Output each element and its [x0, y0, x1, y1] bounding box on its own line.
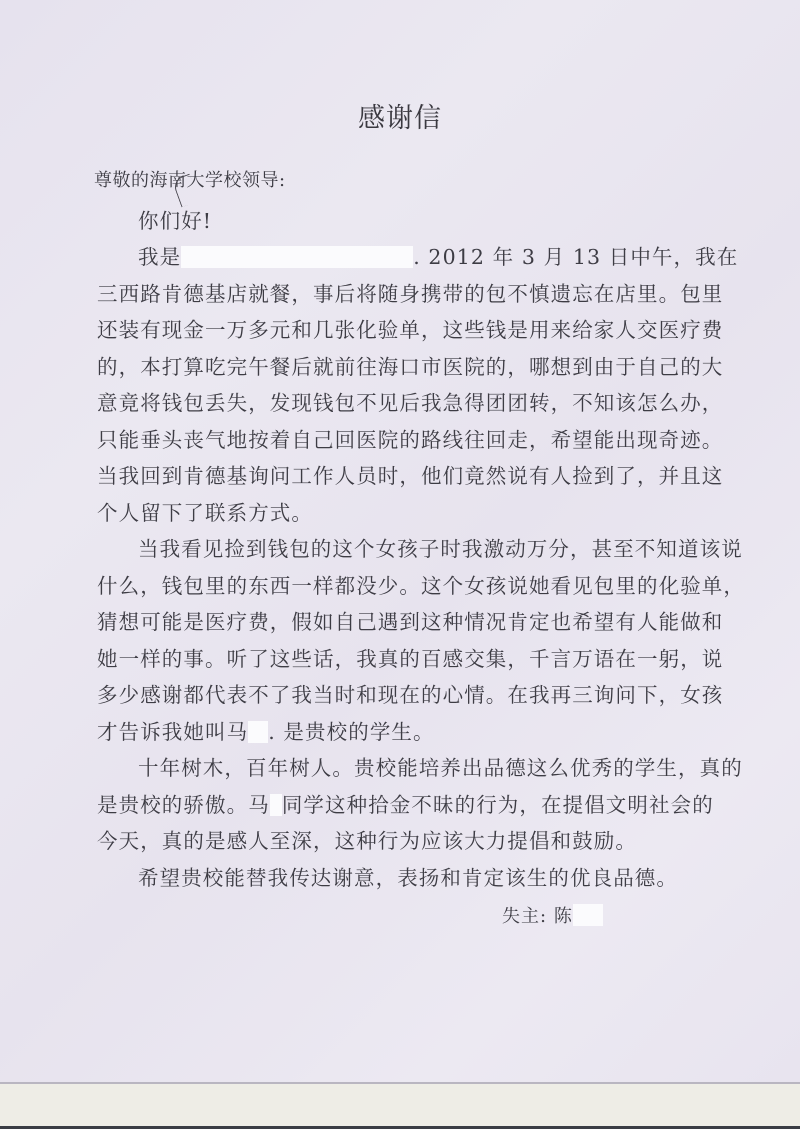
redaction-box [248, 721, 268, 743]
redaction-box [573, 904, 603, 926]
redaction-box [270, 794, 282, 816]
body-line-2: 三西路肯德基店就餐，事后将随身携带的包不慎遗忘在店里。包里 [97, 282, 757, 306]
body-line-5: 意竟将钱包丢失，发现钱包不见后我急得团团转，不知该怎么办， [97, 391, 757, 415]
line-text: 我是 [138, 245, 181, 269]
greeting: 你们好! [97, 209, 798, 233]
letter-paper: 感谢信 尊敬的海南大学校领导: 你们好! 我是. 2012 年 3 月 13 日… [0, 0, 800, 1084]
signature: 失主: 陈 [502, 902, 603, 928]
body-line-12: 她一样的事。听了这些话，我真的百感交集，千言万语在一躬，说 [97, 647, 757, 671]
body-line-18: 希望贵校能替我传达谢意，表扬和肯定该生的优良品德。 [97, 866, 798, 890]
line-text: . 是贵校的学生。 [268, 720, 434, 744]
signature-label: 失主: [502, 906, 547, 927]
body-line-4: 的，本打算吃完午餐后就前往海口市医院的，哪想到由于自己的大 [97, 355, 757, 379]
body-line-13: 多少感谢都代表不了我当时和现在的心情。在我再三询问下，女孩 [97, 683, 757, 707]
line-text: . 2012 年 3 月 13 日中午，我在 [413, 245, 738, 269]
redaction-box [181, 246, 413, 268]
line-text: 才告诉我她叫马 [97, 720, 248, 744]
body-line-15: 十年树木，百年树人。贵校能培养出品德这么优秀的学生，真的 [97, 756, 798, 780]
body-line-11: 猜想可能是医疗费，假如自己遇到这种情况肯定也希望有人能做和 [97, 610, 757, 634]
body-line-10: 什么，钱包里的东西一样都没少。这个女孩说她看见包里的化验单， [97, 574, 757, 598]
body-line-8: 个人留下了联系方式。 [97, 501, 757, 525]
body-line-17: 今天，真的是感人至深，这种行为应该大力提倡和鼓励。 [97, 829, 757, 853]
body-line-7: 当我回到肯德基询问工作人员时，他们竟然说有人捡到了，并且这 [97, 464, 757, 488]
body-line-1: 我是. 2012 年 3 月 13 日中午，我在 [97, 245, 798, 269]
body-line-3: 还装有现金一万多元和几张化验单，这些钱是用来给家人交医疗费 [97, 318, 757, 342]
line-text: 同学这种拾金不昧的行为，在提倡文明社会的 [282, 793, 714, 817]
line-text: 是贵校的骄傲。马 [97, 793, 270, 817]
body-line-16: 是贵校的骄傲。马同学这种拾金不昧的行为，在提倡文明社会的 [97, 793, 757, 817]
letter-title: 感谢信 [0, 96, 800, 135]
signature-name: 陈 [554, 906, 573, 927]
body-line-6: 只能垂头丧气地按着自己回医院的路线往回走，希望能出现奇迹。 [97, 428, 757, 452]
body-line-14: 才告诉我她叫马. 是贵校的学生。 [97, 720, 757, 744]
body-line-9: 当我看见捡到钱包的这个女孩子时我激动万分，甚至不知道该说 [97, 537, 798, 561]
scanner-bottom-strip [0, 1084, 800, 1126]
